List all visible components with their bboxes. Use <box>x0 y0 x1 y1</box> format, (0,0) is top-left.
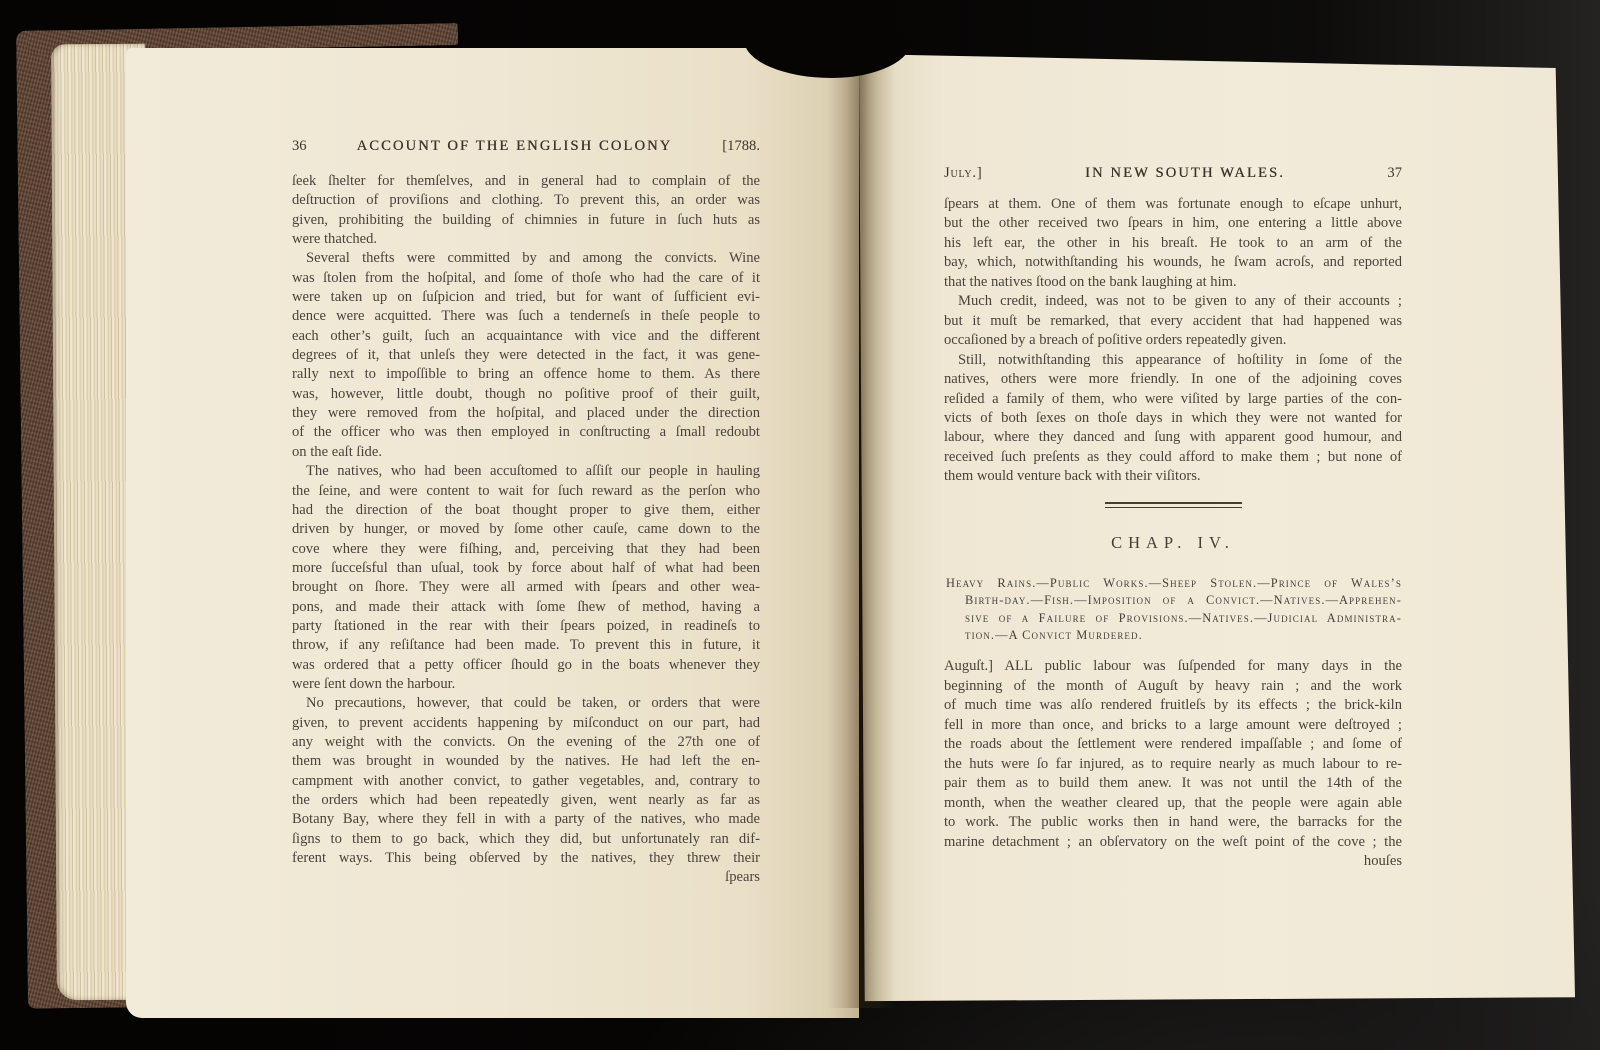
text-line: but the other received two ſpears in him… <box>944 214 1402 233</box>
text-line: the ſeine, and were content to wait for … <box>292 482 760 501</box>
book-photo: 36 ACCOUNT OF THE ENGLISH COLONY [1788. … <box>0 0 1600 1050</box>
chapter-summary: Heavy Rains.—Public Works.—Sheep Stolen.… <box>944 575 1402 645</box>
text-line: victs of both ſexes on thoſe days in whi… <box>944 409 1402 428</box>
text-line: was ordered that a petty officer ſhould … <box>292 656 760 675</box>
paragraph: Still, notwithſtanding this appearance o… <box>944 351 1402 487</box>
text-line: fell in more than once, and bricks to a … <box>944 716 1402 735</box>
text-line: Botany Bay, where they fell in with a pa… <box>292 810 760 829</box>
text-line: but it muſt be remarked, that every acci… <box>944 312 1402 331</box>
text-line: reſided a family of them, who were viſit… <box>944 390 1402 409</box>
chapter-divider-rule <box>1105 502 1242 508</box>
text-line: them was brought in wounded by the nativ… <box>292 752 760 771</box>
text-line: the huts were ſo far injured, as to requ… <box>944 755 1402 774</box>
chapter-summary-line: tion.—A Convict Murdered. <box>944 627 1402 644</box>
text-line: were taken up on ſuſpicion and tried, bu… <box>292 288 760 307</box>
text-line: brought on ſhore. They were all armed wi… <box>292 578 760 597</box>
text-line: month, when the weather cleared up, that… <box>944 794 1402 813</box>
text-line: The natives, who had been accuſtomed to … <box>292 462 760 481</box>
text-line: campment with another convict, to gather… <box>292 772 760 791</box>
text-line: pair them as to build them anew. It was … <box>944 774 1402 793</box>
text-line: the roads about the ſettlement were rend… <box>944 735 1402 754</box>
text-line: deſtruction of proviſions and clothing. … <box>292 191 760 210</box>
text-line: were ſent down the harbour. <box>292 675 760 694</box>
text-line: that the natives ſtood on the bank laugh… <box>944 273 1402 292</box>
month-marginal-note: July.] <box>944 165 983 182</box>
text-line: to work. The public works then in hand w… <box>944 813 1402 832</box>
text-line: driven by hunger, or moved by ſome other… <box>292 520 760 539</box>
year-marginal-note: [1788. <box>722 138 760 155</box>
paragraph: ſpears at them. One of them was fortunat… <box>944 195 1402 292</box>
text-line: ſigns to them to go back, which they did… <box>292 830 760 849</box>
left-catchword: ſpears <box>292 868 760 887</box>
left-page-number: 36 <box>292 138 307 155</box>
text-line: labour, where they danced and ſung with … <box>944 428 1402 447</box>
text-line: was, however, little doubt, though no po… <box>292 385 760 404</box>
chapter-summary-line: sive of a Failure of Provisions.—Natives… <box>944 610 1402 627</box>
text-line: dence were acquitted. There was ſuch a t… <box>292 307 760 326</box>
text-line: they were removed from the hoſpital, and… <box>292 404 760 423</box>
text-line: of much time was alſo rendered fruitleſs… <box>944 696 1402 715</box>
text-line: each other’s guilt, ſuch an acquaintance… <box>292 327 760 346</box>
text-line: bay, which, notwithſtanding his wounds, … <box>944 253 1402 272</box>
text-line: degrees of it, that unleſs they were det… <box>292 346 760 365</box>
left-running-header: 36 ACCOUNT OF THE ENGLISH COLONY [1788. <box>292 138 760 155</box>
paragraph: Several thefts were committed by and amo… <box>292 249 760 462</box>
text-line: marine detachment ; an obſervatory on th… <box>944 833 1402 852</box>
chapter-summary-line: Heavy Rains.—Public Works.—Sheep Stolen.… <box>944 575 1402 592</box>
right-page-body-bottom: Auguſt.] ALL public labour was ſuſpended… <box>944 657 1402 852</box>
text-line: party ſtationed in the rear with their ſ… <box>292 617 760 636</box>
text-line: natives, others were more friendly. In o… <box>944 370 1402 389</box>
text-line: cove where they were fiſhing, and, perce… <box>292 540 760 559</box>
chapter-heading: CHAP. IV. <box>944 533 1402 553</box>
left-page-body: ſeek ſhelter for themſelves, and in gene… <box>292 172 760 868</box>
text-line: them would venture back with their viſit… <box>944 467 1402 486</box>
text-line: ſpears at them. One of them was fortunat… <box>944 195 1402 214</box>
paragraph: Much credit, indeed, was not to be given… <box>944 292 1402 350</box>
text-line: received ſuch preſents as they could aff… <box>944 448 1402 467</box>
text-line: more ſucceſsful than uſual, took by forc… <box>292 559 760 578</box>
text-line: rally next to impoſſible to bring an off… <box>292 365 760 384</box>
text-line: given, prohibiting the building of chimn… <box>292 211 760 230</box>
text-line: of the officer who was then employed in … <box>292 423 760 442</box>
text-line: ferent ways. This being obſerved by the … <box>292 849 760 868</box>
text-line: had the direction of the boat thought pr… <box>292 501 760 520</box>
right-catchword: houſes <box>944 852 1402 871</box>
text-line: throw, if any reſiſtance had been made. … <box>292 636 760 655</box>
paragraph: ſeek ſhelter for themſelves, and in gene… <box>292 172 760 249</box>
text-line: any weight with the convicts. On the eve… <box>292 733 760 752</box>
text-line: ſeek ſhelter for themſelves, and in gene… <box>292 172 760 191</box>
text-line: the orders which had been repeatedly giv… <box>292 791 760 810</box>
right-page-number: 37 <box>1387 165 1402 182</box>
text-line: was ſtolen from the hoſpital, and ſome o… <box>292 269 760 288</box>
left-page-text: 36 ACCOUNT OF THE ENGLISH COLONY [1788. … <box>292 138 760 888</box>
text-line: Much credit, indeed, was not to be given… <box>944 292 1402 311</box>
text-line: No precautions, however, that could be t… <box>292 694 760 713</box>
paragraph: The natives, who had been accuſtomed to … <box>292 462 760 694</box>
text-line: his left ear, the other in his breaſt. H… <box>944 234 1402 253</box>
right-running-title: IN NEW SOUTH WALES. <box>1085 165 1285 182</box>
paragraph: No precautions, however, that could be t… <box>292 694 760 868</box>
chapter-summary-line: Birth-day.—Fish.—Imposition of a Convict… <box>944 592 1402 609</box>
paragraph: Auguſt.] ALL public labour was ſuſpended… <box>944 657 1402 852</box>
text-line: occaſioned by a breach of poſitive order… <box>944 331 1402 350</box>
gutter-shadow <box>826 40 896 1008</box>
text-line: Several thefts were committed by and amo… <box>292 249 760 268</box>
text-line: pons, and made their attack with ſome ſh… <box>292 598 760 617</box>
text-line: on the eaſt ſide. <box>292 443 760 462</box>
text-line: Auguſt.] ALL public labour was ſuſpended… <box>944 657 1402 676</box>
text-line: were thatched. <box>292 230 760 249</box>
right-page-text: July.] IN NEW SOUTH WALES. 37 ſpears at … <box>944 165 1402 871</box>
left-running-title: ACCOUNT OF THE ENGLISH COLONY <box>357 138 673 155</box>
text-line: Still, notwithſtanding this appearance o… <box>944 351 1402 370</box>
text-line: beginning of the month of Auguſt by heav… <box>944 677 1402 696</box>
right-page-body-top: ſpears at them. One of them was fortunat… <box>944 195 1402 487</box>
right-running-header: July.] IN NEW SOUTH WALES. 37 <box>944 165 1402 182</box>
text-line: given, to prevent accidents happening by… <box>292 714 760 733</box>
